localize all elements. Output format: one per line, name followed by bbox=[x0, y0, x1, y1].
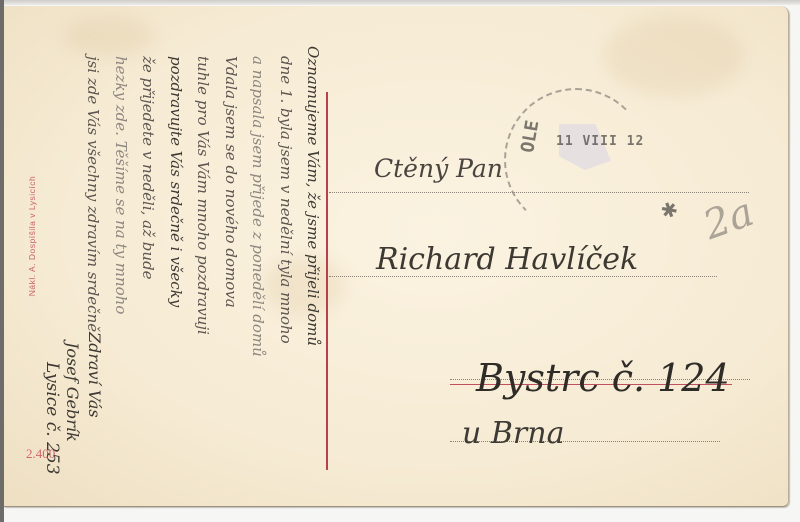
handwritten-message: Oznamujeme Vám, že jsme přijeli domůdne … bbox=[44, 42, 324, 482]
address-street: Bystrc č. 124 bbox=[476, 356, 730, 400]
postcard-back: Nákl. A. Dospíšila v Lysicích 2.400 Ozna… bbox=[4, 6, 789, 507]
message-address-divider bbox=[326, 92, 328, 470]
scanned-postcard: Nákl. A. Dospíšila v Lysicích 2.400 Ozna… bbox=[0, 0, 800, 522]
pencil-annotation: 2a bbox=[698, 189, 760, 249]
message-line: pozdravujte Vás srdečně i všecky bbox=[167, 56, 185, 307]
message-line: a napsala jsem přijede z ponedělí domů bbox=[249, 56, 267, 357]
address-city: u Brna bbox=[462, 416, 564, 451]
message-line: tuhle pro Vás Vám mnoho pozdravuji bbox=[194, 56, 212, 335]
signature-name: Josef Gebrík bbox=[63, 342, 82, 442]
address-recipient: Richard Havlíček bbox=[376, 242, 638, 277]
message-line: že přijedete v neděli, až bude bbox=[139, 56, 157, 280]
message-line: Oznamujeme Vám, že jsme přijeli domů bbox=[304, 46, 322, 346]
paper-stain bbox=[604, 16, 744, 96]
postmark-date: 11 VIII 12 bbox=[556, 134, 644, 149]
publisher-imprint: Nákl. A. Dospíšila v Lysicích bbox=[27, 176, 37, 296]
address-salutation: Ctěný Pan bbox=[374, 154, 503, 183]
message-line: jsi zde Vás všechny zdravím srdečně bbox=[84, 56, 102, 332]
scanner-top-edge bbox=[0, 0, 800, 5]
message-line: hezky zde. Těšíme se na ty mnoho bbox=[112, 56, 130, 314]
address-line-1 bbox=[329, 192, 749, 193]
message-line: Vdala jsem se do nového domova bbox=[222, 56, 240, 308]
signature-closing: Zdraví Vás bbox=[85, 332, 104, 418]
message-line: dne 1. byla jsem v nedělní tyla mnoho bbox=[277, 56, 295, 344]
postmark-star-icon: ✱ bbox=[657, 196, 681, 224]
signature-place: Lysice č. 253 bbox=[42, 362, 62, 475]
